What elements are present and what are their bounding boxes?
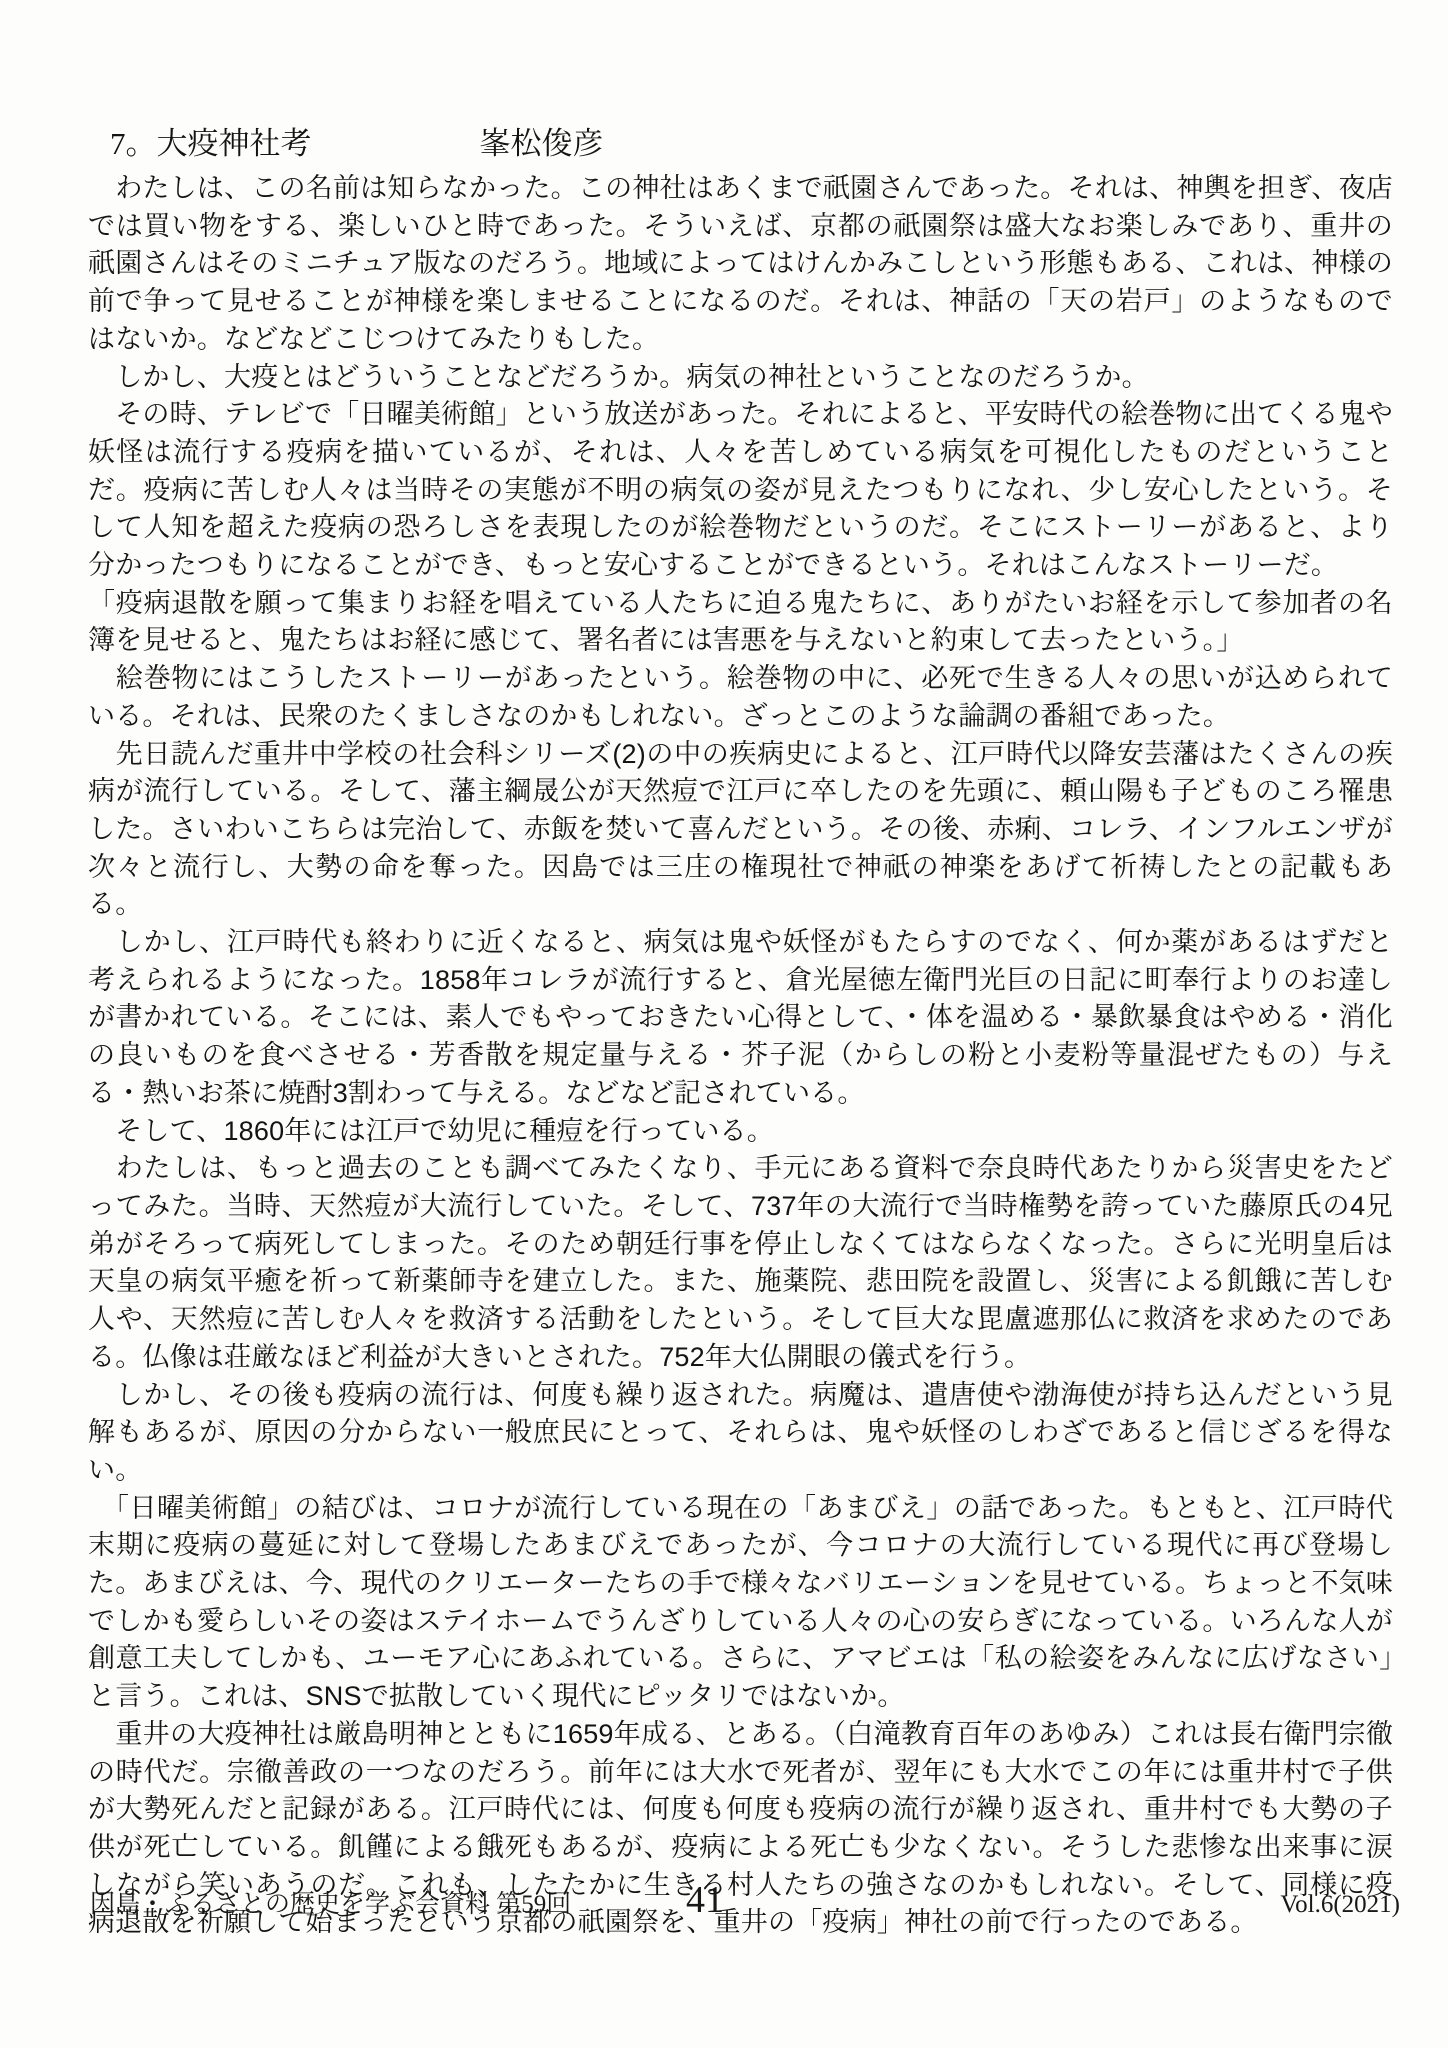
paragraph: 絵巻物にはこうしたストーリーがあったという。絵巻物の中に、必死で生きる人々の思い… xyxy=(88,660,1393,735)
paragraph: わたしは、この名前は知らなかった。この神社はあくまで祇園さんであった。それは、神… xyxy=(88,170,1393,359)
paragraph: そして、1860年には江戸で幼児に種痘を行っている。 xyxy=(88,1113,1393,1151)
paragraph: しかし、大疫とはどういうことなどだろうか。病気の神社ということなのだろうか。 xyxy=(88,359,1393,397)
paragraph: その時、テレビで「日曜美術館」という放送があった。それによると、平安時代の絵巻物… xyxy=(88,396,1393,585)
title-row: 7。大疫神社考 峯松俊彦 xyxy=(0,0,1448,164)
page-title: 7。大疫神社考 xyxy=(110,124,312,164)
footer-source-label: 因島・ふるさとの歴史を学ぶ会資料 第59回 xyxy=(90,1884,726,1920)
author-name: 峯松俊彦 xyxy=(480,124,604,164)
paragraph: 「疫病退散を願って集まりお経を唱えている人たちに迫る鬼たちに、ありがたいお経を示… xyxy=(88,585,1393,660)
paragraph: しかし、その後も疫病の流行は、何度も繰り返された。病魔は、遣唐使や渤海使が持ち込… xyxy=(88,1377,1393,1490)
page-footer: 因島・ふるさとの歴史を学ぶ会資料 第59回 41 Vol.6(2021) xyxy=(90,1878,1400,1922)
body-text: わたしは、この名前は知らなかった。この神社はあくまで祇園さんであった。それは、神… xyxy=(0,164,1448,1942)
paragraph: 「日曜美術館」の結びは、コロナが流行している現在の「あまびえ」の話であった。もと… xyxy=(88,1490,1393,1716)
paragraph: わたしは、もっと過去のことも調べてみたくなり、手元にある資料で奈良時代あたりから… xyxy=(88,1150,1393,1376)
paragraph: しかし、江戸時代も終わりに近くなると、病気は鬼や妖怪がもたらすのでなく、何か薬が… xyxy=(88,924,1393,1113)
footer-volume-label: Vol.6(2021) xyxy=(764,1891,1400,1919)
document-page: 7。大疫神社考 峯松俊彦 わたしは、この名前は知らなかった。この神社はあくまで祇… xyxy=(0,0,1448,2048)
paragraph: 先日読んだ重井中学校の社会科シリーズ(2)の中の疾病史によると、江戸時代以降安芸… xyxy=(88,736,1393,925)
page-number: 41 xyxy=(686,1878,724,1922)
